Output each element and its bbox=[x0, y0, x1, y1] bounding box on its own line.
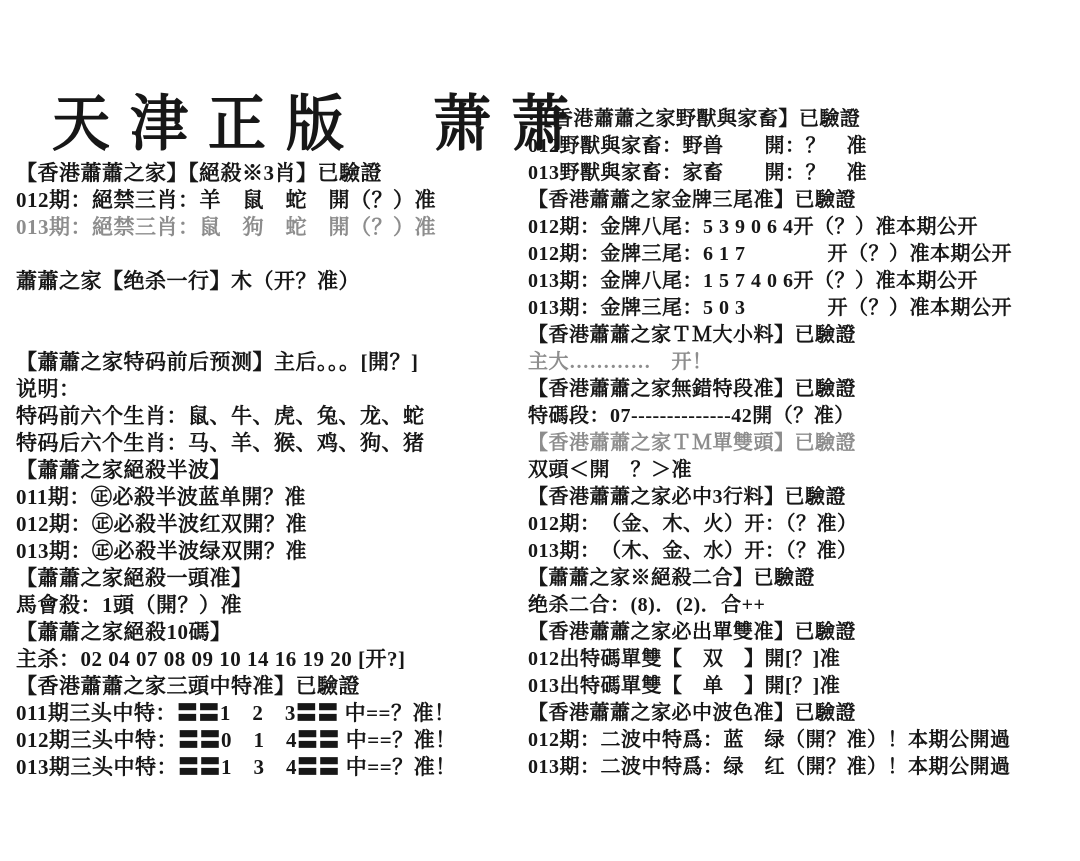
right-column: ··【香港蕭蕭之家野獸與家畜】已驗證012野獸與家畜：野兽 開：？ 准013野獸… bbox=[528, 106, 1080, 781]
text-line: 012期三头中特：〓〓0 1 4〓〓 中==？准！ bbox=[16, 727, 521, 754]
text-line: 013期：絕禁三肖：鼠 狗 蛇 開（？）准 bbox=[16, 214, 521, 241]
text-line: 【香港蕭蕭之家金牌三尾准】已驗證 bbox=[528, 187, 1080, 214]
text-line: 013期：金牌八尾：1 5 7 4 0 6开（？）准本期公开 bbox=[528, 268, 1080, 295]
text-line: 013期：㊣必殺半波绿双開？准 bbox=[16, 538, 521, 565]
text-line: 【蕭蕭之家絕殺10碼】 bbox=[16, 619, 521, 646]
text-line: 【蕭蕭之家特码前后预测】主后。。。[開？] bbox=[16, 349, 521, 376]
text-line: 说明： bbox=[16, 376, 521, 403]
text-line: 【香港蕭蕭之家ＴＭ單雙頭】已驗證 bbox=[528, 430, 1080, 457]
text-line: 013期： （木、金、水）开：（？准） bbox=[528, 538, 1080, 565]
text-line: ··【香港蕭蕭之家野獸與家畜】已驗證 bbox=[528, 106, 1080, 133]
text-line: 012期：金牌八尾：5 3 9 0 6 4开（？）准本期公开 bbox=[528, 214, 1080, 241]
text-line: 特碼段：07--------------42開（？准） bbox=[528, 403, 1080, 430]
text-line: 012野獸與家畜：野兽 開：？ 准 bbox=[528, 133, 1080, 160]
left-column: 【香港蕭蕭之家】【絕殺※3肖】已驗證012期：絕禁三肖：羊 鼠 蛇 開（？）准0… bbox=[16, 160, 521, 781]
text-line: 012期：絕禁三肖：羊 鼠 蛇 開（？）准 bbox=[16, 187, 521, 214]
text-line: 013出特碼單雙【 单 】開[？]准 bbox=[528, 673, 1080, 700]
text-line: 特码前六个生肖：鼠、牛、虎、兔、龙、蛇 bbox=[16, 403, 521, 430]
text-line: 【香港蕭蕭之家無錯特段准】已驗證 bbox=[528, 376, 1080, 403]
text-line: 【蕭蕭之家絕殺半波】 bbox=[16, 457, 521, 484]
text-line: 013期：金牌三尾：5 0 3 开（？）准本期公开 bbox=[528, 295, 1080, 322]
text-line: 【香港蕭蕭之家ＴＭ大小料】已驗證 bbox=[528, 322, 1080, 349]
text-line: 013野獸與家畜：家畜 開：？ 准 bbox=[528, 160, 1080, 187]
text-line: 013期三头中特：〓〓1 3 4〓〓 中==？准！ bbox=[16, 754, 521, 781]
tip-sheet-page: 天津正版 萧萧 【香港蕭蕭之家】【絕殺※3肖】已驗證012期：絕禁三肖：羊 鼠 … bbox=[0, 0, 1080, 861]
text-line: 【香港蕭蕭之家必中波色准】已驗證 bbox=[528, 700, 1080, 727]
text-line: 011期：㊣必殺半波蓝单開？准 bbox=[16, 484, 521, 511]
text-line: 【香港蕭蕭之家】【絕殺※3肖】已驗證 bbox=[16, 160, 521, 187]
text-line: 012期：二波中特爲：蓝 绿（開？准）！本期公開過 bbox=[528, 727, 1080, 754]
text-line: 【香港蕭蕭之家必出單雙准】已驗證 bbox=[528, 619, 1080, 646]
text-line: 012期： （金、木、火）开：（？准） bbox=[528, 511, 1080, 538]
text-line: 绝杀二合：(8)．(2)．合++ bbox=[528, 592, 1080, 619]
text-line: 特码后六个生肖：马、羊、猴、鸡、狗、猪 bbox=[16, 430, 521, 457]
text-line: 蕭蕭之家【绝杀一行】木（开？准） bbox=[16, 268, 521, 295]
text-line: 013期：二波中特爲：绿 红（開？准）！本期公開過 bbox=[528, 754, 1080, 781]
text-line: 【香港蕭蕭之家三頭中特准】已驗證 bbox=[16, 673, 521, 700]
text-line: 【蕭蕭之家絕殺一頭准】 bbox=[16, 565, 521, 592]
page-title: 天津正版 萧萧 bbox=[52, 74, 589, 162]
text-line: 主大………… 开！ bbox=[528, 349, 1080, 376]
text-line: 馬會殺：1頭（開？）准 bbox=[16, 592, 521, 619]
text-line: 012期：金牌三尾：6 1 7 开（？）准本期公开 bbox=[528, 241, 1080, 268]
text-line: 012期：㊣必殺半波红双開？准 bbox=[16, 511, 521, 538]
text-line: 011期三头中特：〓〓1 2 3〓〓 中==？准！ bbox=[16, 700, 521, 727]
text-line: 【香港蕭蕭之家必中3行料】已驗證 bbox=[528, 484, 1080, 511]
text-line: 双頭＜開 ？＞准 bbox=[528, 457, 1080, 484]
text-line: 012出特碼單雙【 双 】開[？]准 bbox=[528, 646, 1080, 673]
text-line: 【蕭蕭之家※絕殺二合】已驗證 bbox=[528, 565, 1080, 592]
text-line: 主杀：02 04 07 08 09 10 14 16 19 20 [开?] bbox=[16, 646, 521, 673]
